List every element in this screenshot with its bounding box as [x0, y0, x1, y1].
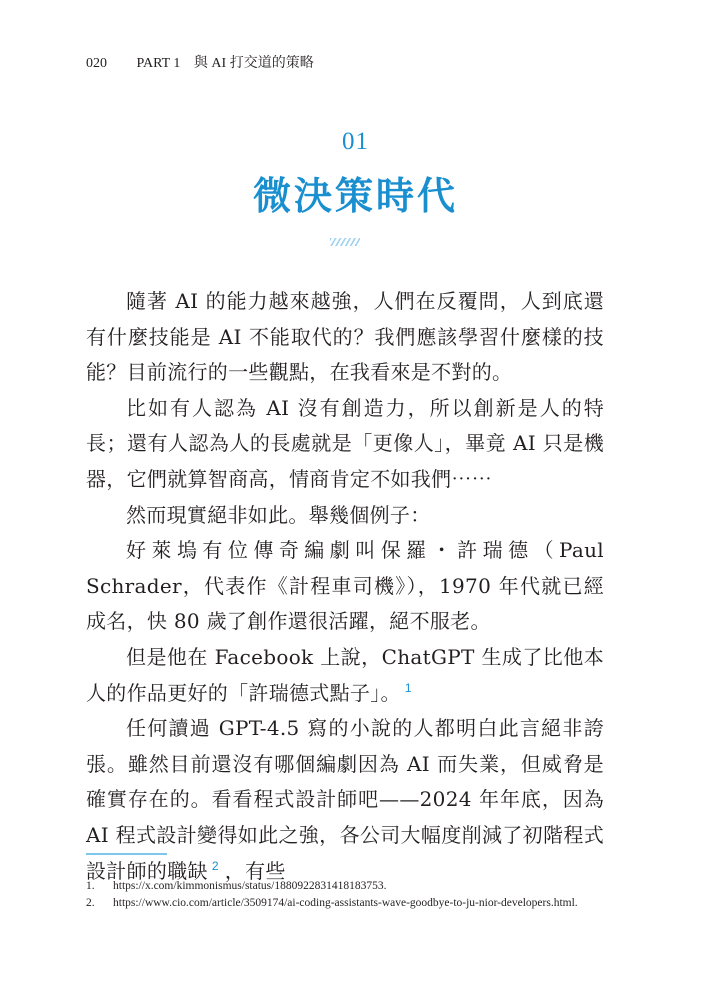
paragraph: 好萊塢有位傳奇編劇叫保羅・許瑞德（Paul Schrader，代表作《計程車司機… [86, 533, 604, 640]
footnote-divider [86, 853, 167, 855]
stripes-ornament-icon [330, 238, 360, 246]
footnote-number: 2. [86, 895, 113, 912]
footnotes: 1. https://x.com/kimmonismus/status/1880… [86, 878, 606, 912]
running-head: 020 PART 1 與 AI 打交道的策略 [86, 52, 314, 72]
paragraph: 任何讀過 GPT-4.5 寫的小說的人都明白此言絕非誇張。雖然目前還沒有哪個編劇… [86, 711, 604, 889]
part-label: PART 1 [137, 56, 181, 71]
footnote-item: 1. https://x.com/kimmonismus/status/1880… [86, 878, 606, 895]
paragraph-text: 任何讀過 GPT-4.5 寫的小說的人都明白此言絕非誇張。雖然目前還沒有哪個編劇… [86, 716, 604, 882]
paragraph: 然而現實絕非如此。舉幾個例子： [86, 498, 604, 534]
footnote-link[interactable]: https://x.com/kimmonismus/status/1880922… [113, 878, 606, 895]
footnote-ref-1[interactable]: 1 [405, 681, 412, 695]
paragraph: 但是他在 Facebook 上說，ChatGPT 生成了比他本人的作品更好的「許… [86, 640, 604, 711]
footnote-number: 1. [86, 878, 113, 895]
part-title: 與 AI 打交道的策略 [194, 56, 314, 71]
paragraph-text: 但是他在 Facebook 上說，ChatGPT 生成了比他本人的作品更好的「許… [86, 645, 604, 705]
page-number: 020 [86, 56, 133, 72]
chapter-title: 微決策時代 [0, 165, 711, 220]
chapter-number: 01 [0, 128, 711, 156]
footnote-link[interactable]: https://www.cio.com/article/3509174/ai-c… [113, 895, 606, 912]
footnote-item: 2. https://www.cio.com/article/3509174/a… [86, 895, 606, 912]
body-text: 隨著 AI 的能力越來越強，人們在反覆問，人到底還有什麼技能是 AI 不能取代的… [86, 284, 604, 889]
footnote-ref-2[interactable]: 2 [212, 859, 219, 873]
paragraph: 比如有人認為 AI 沒有創造力，所以創新是人的特長；還有人認為人的長處就是「更像… [86, 391, 604, 498]
paragraph: 隨著 AI 的能力越來越強，人們在反覆問，人到底還有什麼技能是 AI 不能取代的… [86, 284, 604, 391]
